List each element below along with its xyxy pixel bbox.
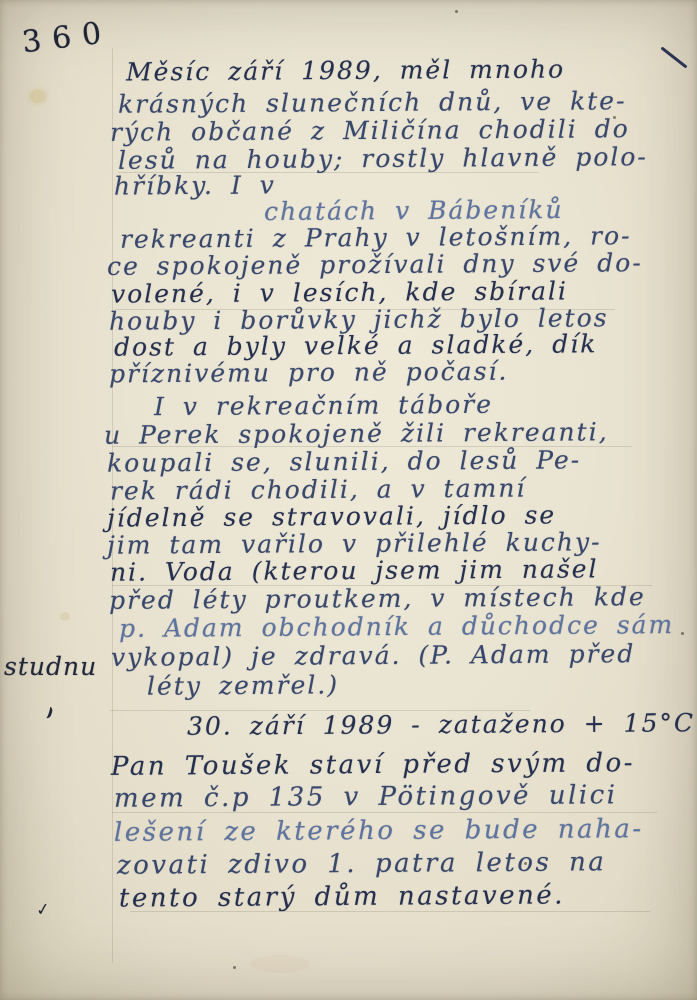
handwritten-line: u Perek spokojeně žili rekreanti,: [104, 419, 609, 448]
handwritten-line: dost a byly velké a sladké, dík: [114, 331, 597, 359]
handwritten-line: jídelně se stravovali, jídlo se: [107, 502, 556, 530]
handwritten-line: vykopal) je zdravá. (P. Adam před: [111, 641, 635, 670]
tick-mark: [40, 705, 53, 720]
paper-speck: [455, 10, 458, 13]
handwritten-line: ce spokojeně prožívali dny své do-: [107, 250, 643, 279]
handwritten-line: Měsíc září 1989, měl mnoho: [126, 56, 565, 84]
handwritten-line: volené, i v lesích, kde sbírali: [111, 278, 568, 306]
handwritten-line: před léty proutkem, v místech kde: [109, 584, 646, 613]
handwritten-line: příznivému pro ně počasí.: [109, 359, 509, 387]
chronicle-page-photo: 360 studnu ✓ Měsíc září 1989, měl mnoho …: [0, 0, 697, 1000]
paper-stain: [250, 955, 310, 973]
handwritten-line: rých občané z Miličína chodili do: [110, 116, 630, 145]
handwritten-line: chatách v Bábeníků: [264, 197, 564, 224]
handwritten-line: jim tam vařilo v přilehlé kuchy-: [107, 529, 602, 557]
handwritten-line: Pan Toušek staví před svým do-: [111, 750, 635, 780]
handwritten-line: mem č.p 135 v Pötingově ulici: [114, 782, 618, 812]
handwritten-line-date: 30. září 1989 - zataženo + 15°C: [187, 710, 695, 739]
handwritten-line: tento starý dům nastavené.: [119, 882, 565, 911]
handwritten-line: krásných slunečních dnů, ve kte-: [118, 88, 627, 117]
handwritten-line: lesů na houby; rostly hlavně polo-: [118, 144, 648, 173]
handwritten-line: p. Adam obchodník a důchodce sám: [119, 612, 674, 641]
pen-stroke-mark: [660, 46, 687, 68]
handwritten-line: koupali se, slunili, do lesů Pe-: [107, 447, 581, 475]
handwritten-line: hříbky. I v: [114, 172, 276, 198]
handwritten-line: I v rekreačním táboře: [154, 392, 493, 419]
paper-speck: [681, 632, 684, 635]
handwritten-line: rek rádi chodili, a v tamní: [110, 476, 527, 504]
handwritten-line: zovati zdivo 1. patra letos na: [117, 849, 607, 878]
page-number: 360: [20, 15, 114, 61]
handwritten-line: léty zemřel.): [147, 672, 339, 698]
paper-stain: [60, 612, 70, 621]
check-mark: ✓: [35, 899, 52, 921]
paper-speck: [233, 966, 236, 969]
margin-note-studnu: studnu: [4, 652, 97, 681]
handwritten-line: rekreanti z Prahy v letošním, ro-: [120, 223, 632, 252]
handwritten-line: lešení ze kterého se bude naha-: [114, 816, 644, 846]
paper-stain: [30, 90, 46, 103]
handwritten-line: ni. Voda (kterou jsem jim našel: [110, 556, 599, 584]
